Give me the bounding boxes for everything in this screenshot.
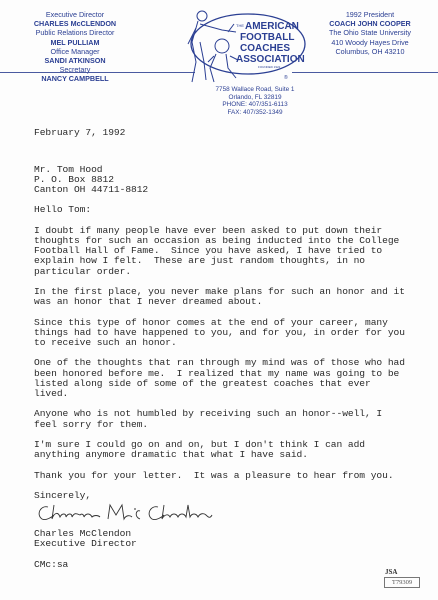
association-address: 7758 Wallace Road, Suite 1 Orlando, FL 3… <box>210 86 300 116</box>
letter-body: February 7, 1992 Mr. Tom Hood P. O. Box … <box>34 128 434 570</box>
staff-title: Executive Director <box>0 10 150 19</box>
staff-title: Office Manager <box>0 47 150 56</box>
paragraph-line: particular order. <box>34 267 434 277</box>
president-title: 1992 President <box>320 10 420 19</box>
svg-text:AMERICAN: AMERICAN <box>245 21 299 32</box>
paragraph-line: anything anymore dramatic that what I ha… <box>34 450 434 460</box>
svg-text:FOOTBALL: FOOTBALL <box>240 32 294 43</box>
paragraph: I doubt if many people have ever been as… <box>34 226 434 277</box>
letterhead-rule-right <box>292 72 438 73</box>
signer-title: Executive Director <box>34 539 434 549</box>
paragraph-line: Thank you for your letter. It was a plea… <box>34 471 434 481</box>
address-city: Orlando, FL 32819 <box>210 94 300 102</box>
paragraph: I'm sure I could go on and on, but I don… <box>34 440 434 460</box>
paragraph: Since this type of honor comes at the en… <box>34 318 434 349</box>
paragraph: One of the thoughts that ran through my … <box>34 358 434 399</box>
paragraph-line: listed along side of some of the greates… <box>34 379 434 389</box>
president-name: COACH JOHN COOPER <box>320 19 420 28</box>
president-line: 410 Woody Hayes Drive <box>320 38 420 47</box>
paragraph: Thank you for your letter. It was a plea… <box>34 471 434 481</box>
paragraph-line: was an honor that I never dreamed about. <box>34 297 434 307</box>
svg-text:®: ® <box>284 74 288 81</box>
jsa-serial: T79309 <box>384 577 420 588</box>
staff-name: CHARLES McCLENDON <box>0 19 150 28</box>
president-line: Columbus, OH 43210 <box>320 47 420 56</box>
svg-text:ASSOCIATION: ASSOCIATION <box>236 54 305 65</box>
closing: Sincerely, <box>34 491 434 501</box>
reference-initials: CMc:sa <box>34 560 434 570</box>
paragraph: In the first place, you never make plans… <box>34 287 434 307</box>
president-block: 1992 President COACH JOHN COOPER The Ohi… <box>320 10 420 56</box>
staff-name: MEL PULLIAM <box>0 38 150 47</box>
staff-title: Public Relations Director <box>0 28 150 37</box>
president-line: The Ohio State University <box>320 28 420 37</box>
staff-name: NANCY CAMPBELL <box>0 74 150 83</box>
paragraph: Anyone who is not humbled by receiving s… <box>34 409 434 429</box>
football-coaches-logo-icon: THE AMERICAN FOOTBALL COACHES ASSOCIATIO… <box>178 2 306 90</box>
svg-text:FOUNDED 1922: FOUNDED 1922 <box>258 65 281 69</box>
paragraph-line: to receive such an honor. <box>34 338 434 348</box>
address-fax: FAX: 407/352-1349 <box>210 109 300 117</box>
paragraph-line: lived. <box>34 389 434 399</box>
signature <box>34 501 434 529</box>
salutation: Hello Tom: <box>34 205 434 215</box>
address-street: 7758 Wallace Road, Suite 1 <box>210 86 300 94</box>
recipient-line: Canton OH 44711-8812 <box>34 185 434 195</box>
paragraph-line: feel sorry for them. <box>34 420 434 430</box>
address-phone: PHONE: 407/351-6113 <box>210 101 300 109</box>
letterhead-rule-left <box>0 72 195 73</box>
svg-text:COACHES: COACHES <box>240 43 290 54</box>
afca-logo: THE AMERICAN FOOTBALL COACHES ASSOCIATIO… <box>178 2 306 90</box>
svg-text:THE: THE <box>236 23 244 28</box>
staff-name: SANDI ATKINSON <box>0 56 150 65</box>
jsa-label: JSA <box>385 568 397 576</box>
letter-date: February 7, 1992 <box>34 128 434 138</box>
staff-title: Secretary <box>0 65 150 74</box>
handwritten-signature-icon <box>36 501 216 527</box>
